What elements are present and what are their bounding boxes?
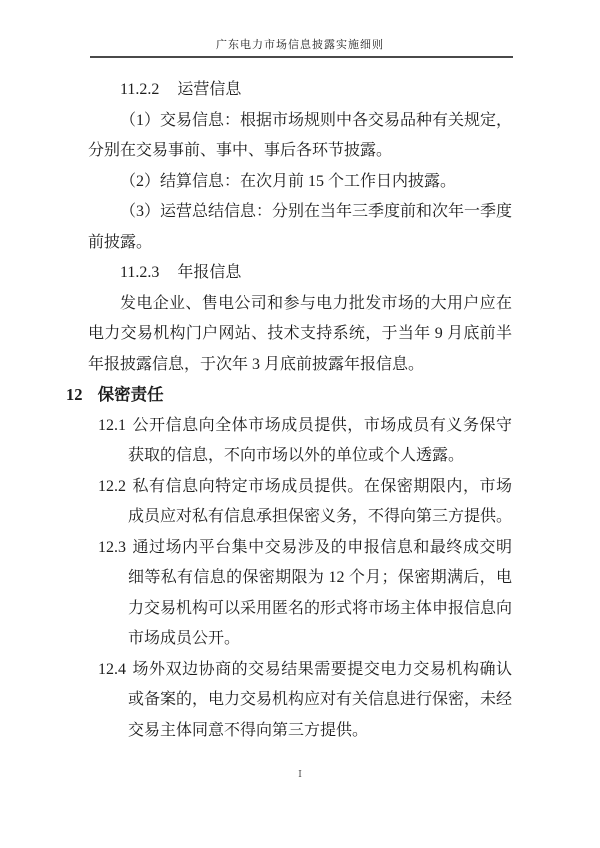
clause-number: 12.1	[98, 417, 126, 434]
header-title: 广东电力市场信息披露实施细则	[0, 0, 600, 52]
paragraph-annual-report: 发电企业、售电公司和参与电力批发市场的大用户应在电力交易机构门户网站、技术支持系…	[88, 289, 512, 381]
paragraph-operation-summary-info: （3）运营总结信息：分别在当年三季度前和次年一季度前披露。	[88, 197, 512, 258]
document-page: 广东电力市场信息披露实施细则 11.2.2 运营信息 （1）交易信息：根据市场规…	[0, 0, 600, 848]
clause-text: 场外双边协商的交易结果需要提交电力交易机构确认或备案的，电力交易机构应对有关信息…	[128, 661, 512, 739]
clause-12-1: 12.1公开信息向全体市场成员提供，市场成员有义务保守获取的信息，不向市场以外的…	[88, 411, 512, 472]
clause-text: 通过场内平台集中交易涉及的申报信息和最终成交明细等私有信息的保密期限为 12 个…	[128, 539, 512, 648]
clause-number: 12.4	[98, 661, 126, 678]
chapter-title: 保密责任	[98, 385, 164, 404]
clause-text: 公开信息向全体市场成员提供，市场成员有义务保守获取的信息，不向市场以外的单位或个…	[128, 417, 512, 465]
section-title: 运营信息	[177, 81, 241, 98]
section-number: 11.2.2	[120, 81, 159, 98]
section-title: 年报信息	[177, 264, 241, 281]
clause-12-3: 12.3通过场内平台集中交易涉及的申报信息和最终成交明细等私有信息的保密期限为 …	[88, 533, 512, 655]
section-heading-11-2-2: 11.2.2 运营信息	[88, 75, 512, 106]
document-body: 11.2.2 运营信息 （1）交易信息：根据市场规则中各交易品种有关规定，分别在…	[88, 75, 512, 746]
page-header: 广东电力市场信息披露实施细则	[0, 0, 600, 58]
clause-number: 12.2	[98, 478, 126, 495]
section-number: 11.2.3	[120, 264, 159, 281]
chapter-number: 12	[66, 385, 83, 404]
chapter-heading-12: 12 保密责任	[88, 380, 512, 411]
paragraph-settlement-info: （2）结算信息：在次月前 15 个工作日内披露。	[88, 167, 512, 198]
clause-12-4: 12.4场外双边协商的交易结果需要提交电力交易机构确认或备案的，电力交易机构应对…	[88, 655, 512, 747]
clause-text: 私有信息向特定市场成员提供。在保密期限内，市场成员应对私有信息承担保密义务，不得…	[128, 478, 512, 526]
header-rule	[90, 56, 513, 58]
paragraph-trade-info: （1）交易信息：根据市场规则中各交易品种有关规定，分别在交易事前、事中、事后各环…	[88, 106, 512, 167]
section-heading-11-2-3: 11.2.3 年报信息	[88, 258, 512, 289]
page-number: Ⅰ	[298, 769, 302, 779]
clause-12-2: 12.2私有信息向特定市场成员提供。在保密期限内，市场成员应对私有信息承担保密义…	[88, 472, 512, 533]
clause-number: 12.3	[98, 539, 126, 556]
page-footer: Ⅰ	[0, 769, 600, 780]
